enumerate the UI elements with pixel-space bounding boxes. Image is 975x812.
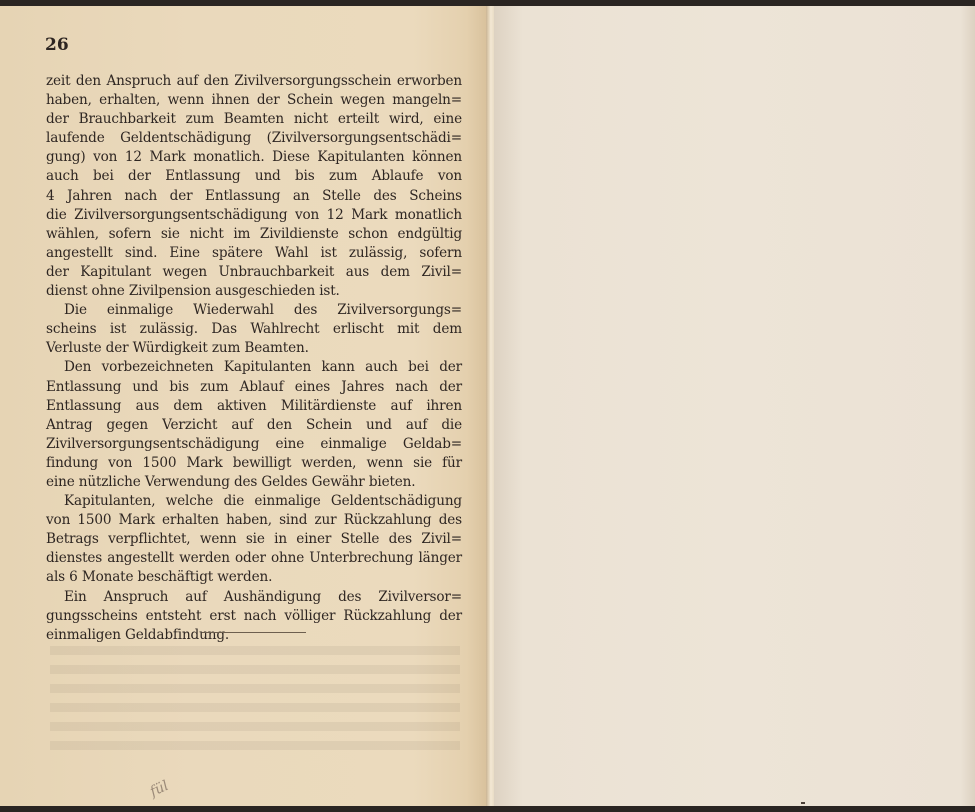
text-line: einmaligen Geldabfindung. (46, 626, 462, 645)
text-line: dienst ohne Zivilpension ausgeschieden i… (46, 282, 462, 301)
text-line: gung) von 12 Mark monatlich. Diese Kapit… (46, 148, 462, 167)
paragraph-2: Die einmalige Wiederwahl des Zivilversor… (46, 301, 462, 358)
text-line: der Brauchbarkeit zum Beamten nicht erte… (46, 110, 462, 129)
text-line: zeit den Anspruch auf den Zivilversorgun… (46, 72, 462, 91)
text-line: eine nützliche Verwendung des Geldes Gew… (46, 473, 462, 492)
text-line: scheins ist zulässig. Das Wahlrecht erli… (46, 320, 462, 339)
text-line: Betrags verpflichtet, wenn sie in einer … (46, 530, 462, 549)
text-line: Verluste der Würdigkeit zum Beamten. (46, 339, 462, 358)
text-line: Entlassung aus dem aktiven Militärdienst… (46, 397, 462, 416)
text-line: Ein Anspruch auf Aushändigung des Zivilv… (46, 588, 462, 607)
paragraph-5: Ein Anspruch auf Aushändigung des Zivilv… (46, 588, 462, 645)
text-line: 4 Jahren nach der Entlassung an Stelle d… (46, 187, 462, 206)
text-line: angestellt sind. Eine spätere Wahl ist z… (46, 244, 462, 263)
page-number: 26 (45, 35, 69, 55)
text-line: haben, erhalten, wenn ihnen der Schein w… (46, 91, 462, 110)
paragraph-4: Kapitulanten, welche die einmalige Gelde… (46, 492, 462, 587)
paragraph-3: Den vorbezeichneten Kapitulanten kann au… (46, 358, 462, 492)
scan-border (0, 806, 975, 812)
book-gutter (486, 6, 494, 806)
pencil-annotation: fül (147, 778, 171, 800)
text-line: gungsscheins entsteht erst nach völliger… (46, 607, 462, 626)
text-line: die Zivilversorgungsentschädigung von 12… (46, 206, 462, 225)
book-spread: 26 zeit den Anspruch auf den Zivilversor… (0, 6, 975, 806)
text-line: findung von 1500 Mark bewilligt werden, … (46, 454, 462, 473)
text-line: Zivilversorgungsentschädigung eine einma… (46, 435, 462, 454)
text-line: Die einmalige Wiederwahl des Zivilversor… (46, 301, 462, 320)
show-through-text (50, 646, 460, 756)
left-page: 26 zeit den Anspruch auf den Zivilversor… (0, 6, 486, 806)
page-body-text: zeit den Anspruch auf den Zivilversorgun… (46, 72, 462, 645)
text-line: dienstes angestellt werden oder ohne Unt… (46, 549, 462, 568)
text-line: Den vorbezeichneten Kapitulanten kann au… (46, 358, 462, 377)
text-line: Antrag gegen Verzicht auf den Schein und… (46, 416, 462, 435)
right-page-blank (494, 6, 975, 806)
text-line: Entlassung und bis zum Ablauf eines Jahr… (46, 378, 462, 397)
paper-speck (801, 802, 805, 804)
paragraph-1: zeit den Anspruch auf den Zivilversorgun… (46, 72, 462, 301)
text-line: der Kapitulant wegen Unbrauchbarkeit aus… (46, 263, 462, 282)
text-line: von 1500 Mark erhalten haben, sind zur R… (46, 511, 462, 530)
text-line: laufende Geldentschädigung (Zivilversorg… (46, 129, 462, 148)
text-line: auch bei der Entlassung und bis zum Abla… (46, 167, 462, 186)
section-end-rule (202, 632, 306, 633)
text-line: als 6 Monate beschäftigt werden. (46, 568, 462, 587)
text-line: Kapitulanten, welche die einmalige Gelde… (46, 492, 462, 511)
text-line: wählen, sofern sie nicht im Zivildienste… (46, 225, 462, 244)
